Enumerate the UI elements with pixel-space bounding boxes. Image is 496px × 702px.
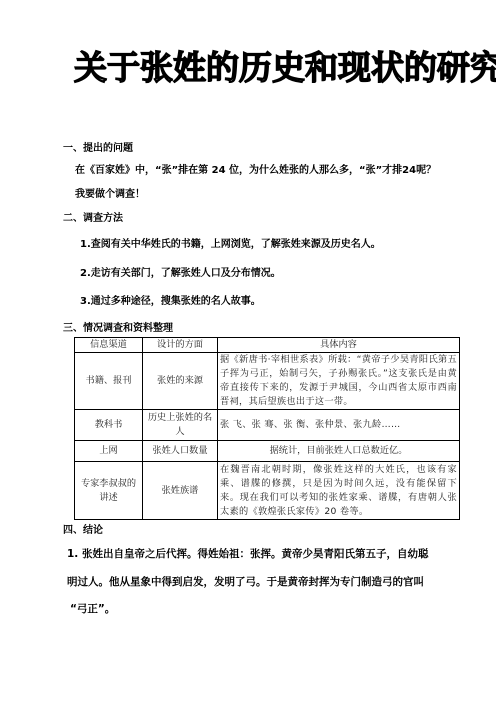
table-cell-aspect: 历史上张姓的名人: [143, 410, 218, 441]
conclusion-line: “弓正”。: [70, 601, 115, 616]
section-heading-conclusion: 四、结论: [63, 521, 103, 536]
table-header-row: 信息渠道 设计的方面 具体内容: [75, 338, 460, 353]
table-cell-aspect: 张姓族谱: [143, 462, 218, 520]
section-heading-problem: 一、提出的问题: [63, 139, 133, 154]
method-item: 2.走访有关部门，了解张姓人口及分布情况。: [80, 264, 281, 279]
table-cell-content: 据《新唐书·宰相世系表》所载：“黄帝子少昊青阳氏第五子挥为弓正，始制弓矢，子孙赐…: [218, 353, 460, 410]
conclusion-line: 明过人。他从星象中得到启发，发明了弓。于是黄帝封挥为专门制造弓的官叫: [67, 574, 424, 589]
table-cell-aspect: 张姓的来源: [143, 353, 218, 410]
table-row: 上网 张姓人口数量 据统计，目前张姓人口总数近亿。: [75, 441, 460, 462]
problem-paragraph: 在《百家姓》中，“张”排在第 24 位，为什么姓张的人那么多，“张”才排24呢？: [75, 161, 436, 176]
table-cell-channel: 专家李叔叔的讲述: [75, 462, 143, 520]
section-heading-investigation: 三、情况调查和资料整理: [63, 319, 173, 334]
problem-paragraph: 我要做个调查！: [75, 185, 145, 200]
table-cell-channel: 书籍、报刊: [75, 353, 143, 410]
report-title: 关于张姓的历史和现状的研究报告: [74, 38, 444, 98]
table-header: 设计的方面: [143, 338, 218, 353]
table-cell-aspect: 张姓人口数量: [143, 441, 218, 462]
section-heading-method: 二、调查方法: [63, 209, 123, 224]
table-row: 专家李叔叔的讲述 张姓族谱 在魏晋南北朝时期，像张姓这样的大姓氏，也该有家乘、谱…: [75, 462, 460, 520]
table-header: 信息渠道: [75, 338, 143, 353]
table-row: 教科书 历史上张姓的名人 张 飞、张 骞、张 衡、张仲景、张九龄……: [75, 410, 460, 441]
table-header: 具体内容: [218, 338, 460, 353]
table-cell-content: 据统计，目前张姓人口总数近亿。: [218, 441, 460, 462]
conclusion-line: 1. 张姓出自皇帝之后代挥。得姓始祖：张挥。黄帝少昊青阳氏第五子，自幼聪: [67, 546, 428, 561]
method-item: 3.通过多种途径，搜集张姓的名人故事。: [80, 292, 261, 307]
method-item: 1.查阅有关中华姓氏的书籍，上网浏览，了解张姓来源及历史名人。: [80, 235, 381, 250]
investigation-table: 信息渠道 设计的方面 具体内容 书籍、报刊 张姓的来源 据《新唐书·宰相世系表》…: [74, 337, 460, 520]
table-cell-channel: 教科书: [75, 410, 143, 441]
table-cell-content: 张 飞、张 骞、张 衡、张仲景、张九龄……: [218, 410, 460, 441]
table-cell-channel: 上网: [75, 441, 143, 462]
table-cell-content: 在魏晋南北朝时期，像张姓这样的大姓氏，也该有家乘、谱牒的修撰，只是因为时间久远，…: [218, 462, 460, 520]
table-row: 书籍、报刊 张姓的来源 据《新唐书·宰相世系表》所载：“黄帝子少昊青阳氏第五子挥…: [75, 353, 460, 410]
